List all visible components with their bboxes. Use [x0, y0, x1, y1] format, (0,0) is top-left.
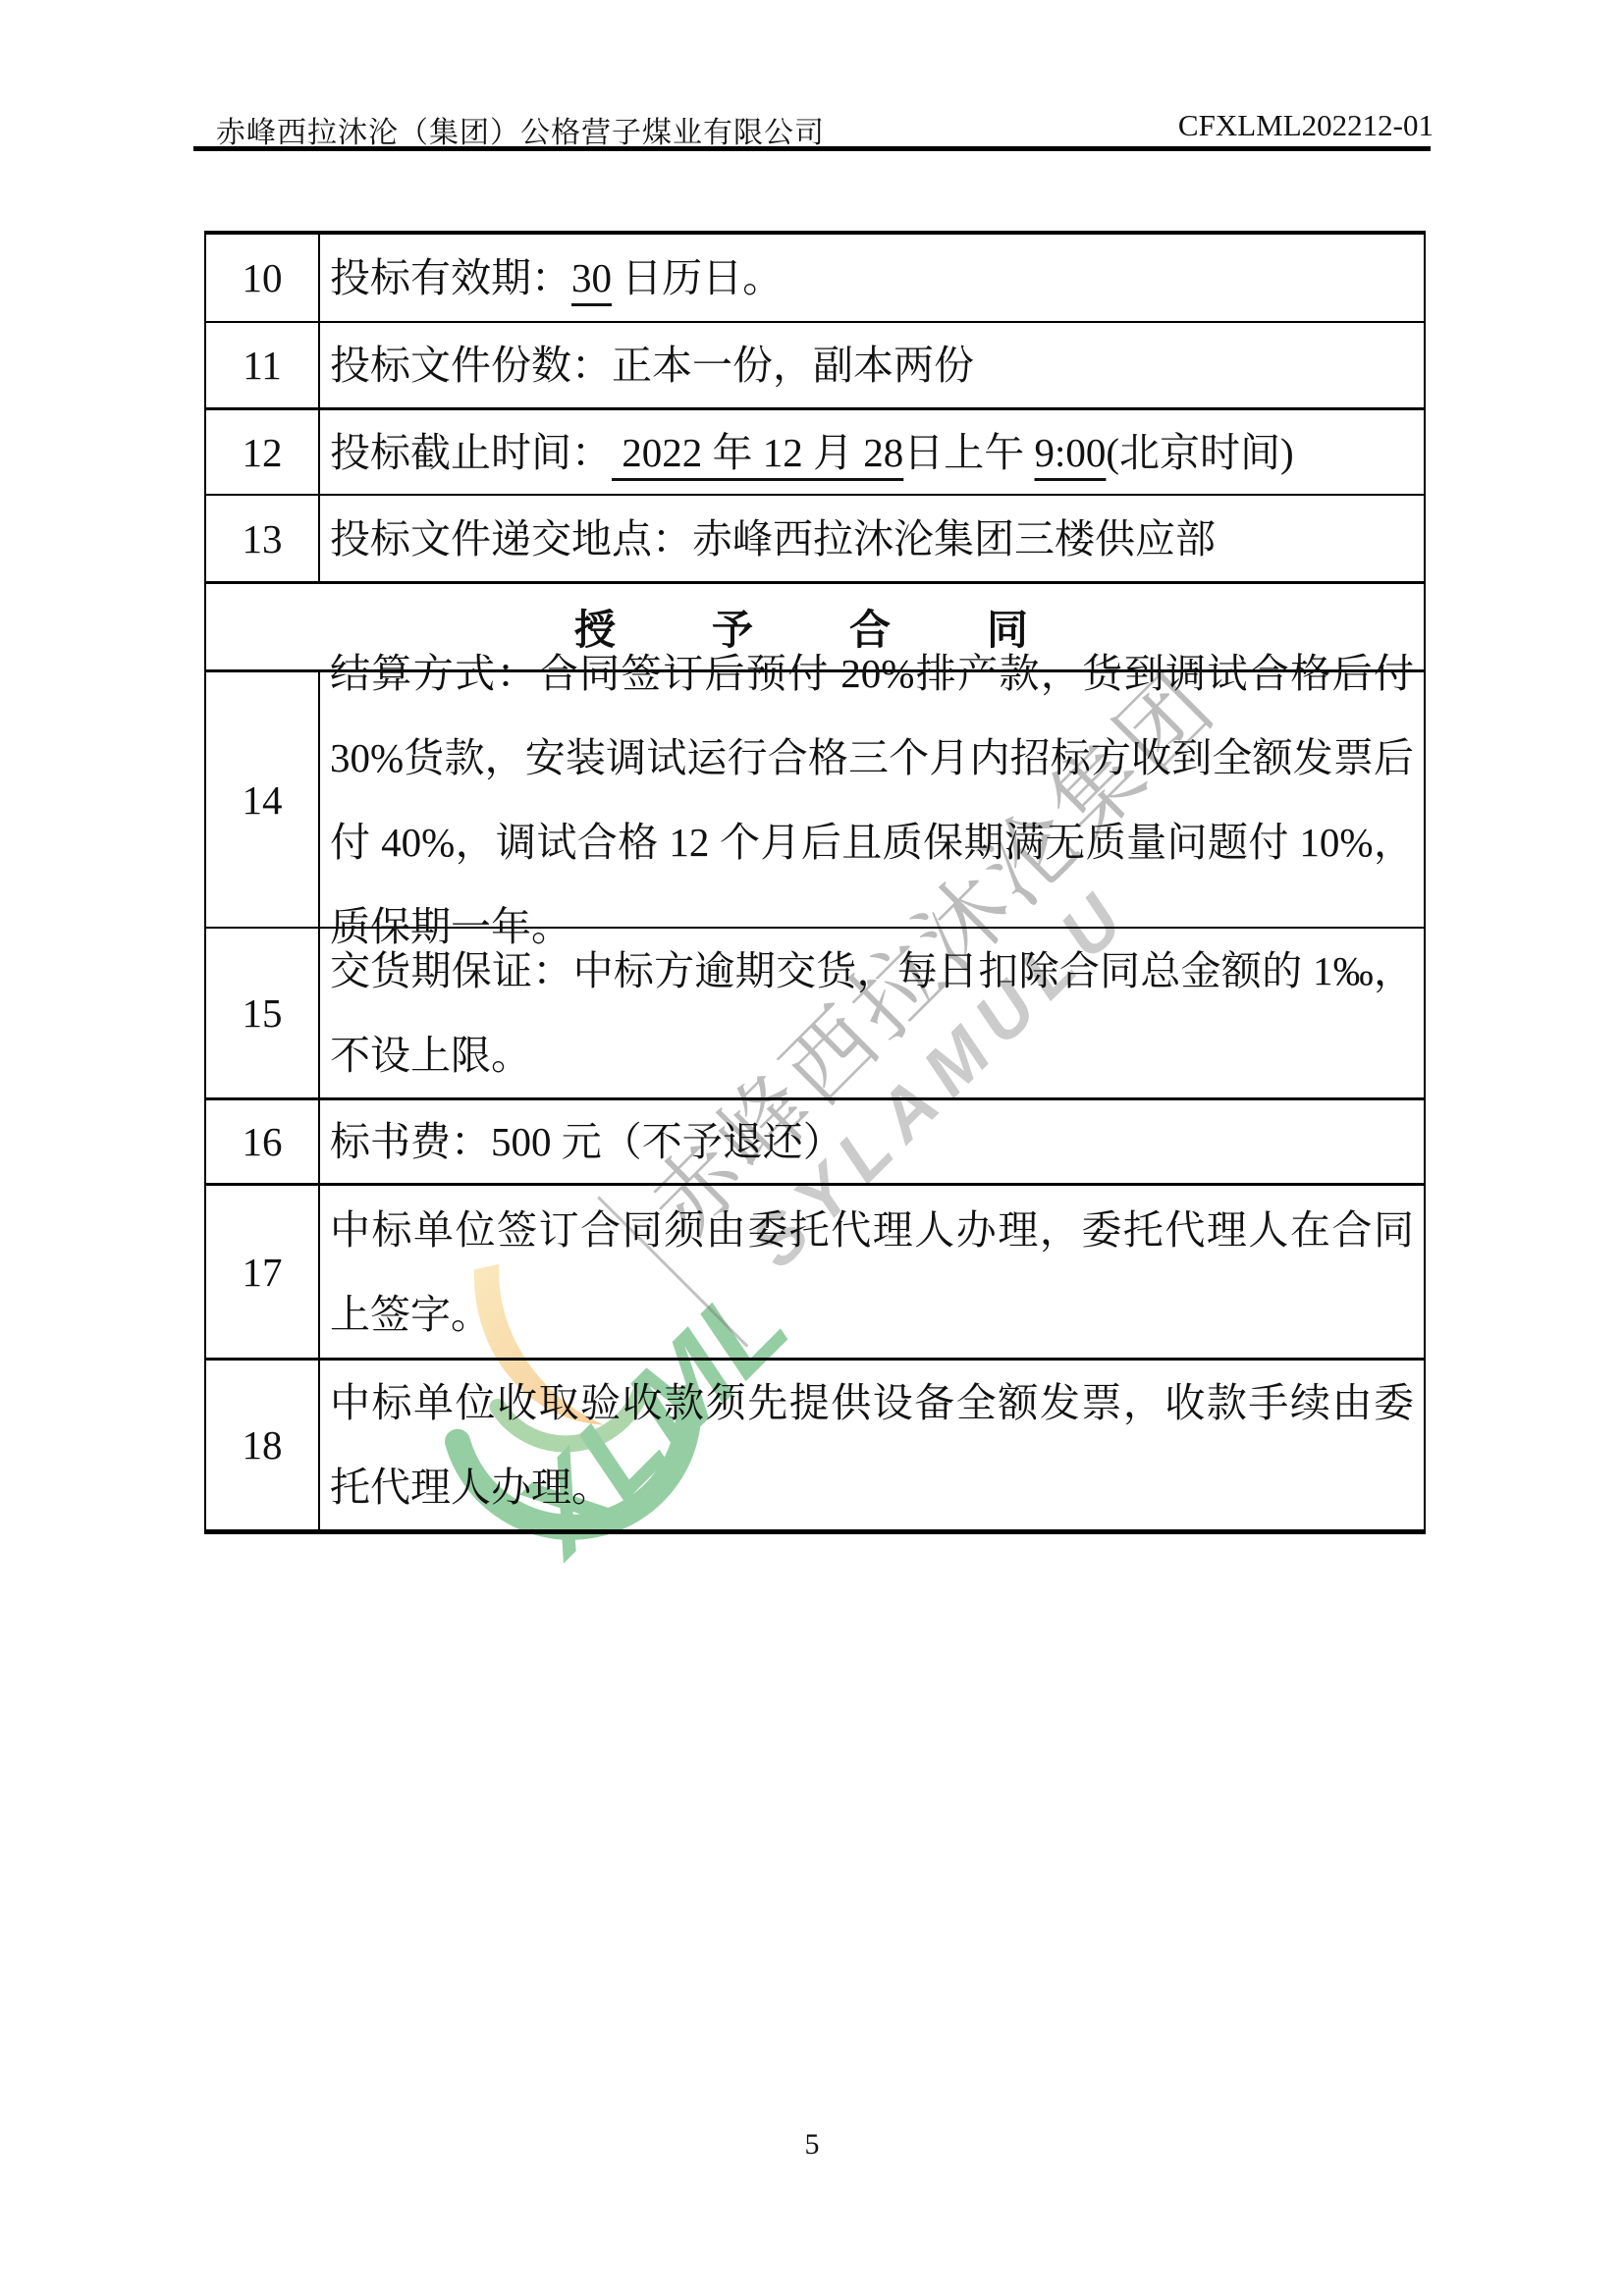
header-doc-number: CFXLML202212-01	[1178, 108, 1434, 143]
text: 交货期保证：中标方逾期交货，每日扣除合同总金额的 1‰，不设上限。	[330, 948, 1414, 1078]
text: (北京时间)	[1106, 430, 1293, 475]
text: 结算方式：合同签订后预付 20%排产款，货到调试合格后付 30%货款，安装调试运…	[330, 651, 1414, 949]
table-row: 11投标文件份数：正本一份，副本两份	[206, 321, 1424, 407]
row-content-cell: 中标单位签订合同须由委托代理人办理，委托代理人在合同上签字。	[320, 1186, 1424, 1358]
underlined-text: 9:00	[1035, 430, 1107, 475]
table-row: 14结算方式：合同签订后预付 20%排产款，货到调试合格后付 30%货款，安装调…	[206, 669, 1424, 927]
row-content-text: 投标截止时间： 2022 年 12 月 28日上午 9:00(北京时间)	[330, 410, 1414, 495]
row-number-cell: 15	[206, 929, 320, 1097]
row-number-cell: 14	[206, 672, 320, 927]
text: 中标单位收取验收款须先提供设备全额发票，收款手续由委托代理人办理。	[330, 1380, 1414, 1510]
page-number: 5	[0, 2128, 1624, 2162]
header-company-name: 赤峰西拉沐沦（集团）公格营子煤业有限公司	[216, 108, 825, 151]
row-content-cell: 投标文件递交地点：赤峰西拉沐沦集团三楼供应部	[320, 496, 1424, 581]
row-number-cell: 17	[206, 1186, 320, 1358]
text: 投标文件份数：正本一份，副本两份	[330, 343, 974, 388]
table-row: 10投标有效期：30 日历日。	[206, 235, 1424, 321]
row-number-cell: 11	[206, 323, 320, 407]
row-content-cell: 投标有效期：30 日历日。	[320, 235, 1424, 321]
tender-table: 10投标有效期：30 日历日。11投标文件份数：正本一份，副本两份12投标截止时…	[204, 231, 1426, 1534]
row-content-text: 中标单位签订合同须由委托代理人办理，委托代理人在合同上签字。	[330, 1188, 1414, 1357]
header-rule	[193, 146, 1431, 151]
table-row: 18中标单位收取验收款须先提供设备全额发票，收款手续由委托代理人办理。	[206, 1358, 1424, 1529]
row-content-text: 结算方式：合同签订后预付 20%排产款，货到调试合格后付 30%货款，安装调试运…	[330, 631, 1414, 969]
row-content-text: 投标有效期：30 日历日。	[330, 236, 1414, 320]
text: 投标截止时间：	[330, 430, 612, 475]
text: 日上午	[903, 430, 1034, 475]
row-number-cell: 13	[206, 496, 320, 581]
row-content-cell: 中标单位收取验收款须先提供设备全额发票，收款手续由委托代理人办理。	[320, 1361, 1424, 1529]
row-content-text: 标书费：500 元（不予退还）	[330, 1099, 1414, 1184]
row-content-text: 中标单位收取验收款须先提供设备全额发票，收款手续由委托代理人办理。	[330, 1361, 1414, 1529]
text: 投标文件递交地点：赤峰西拉沐沦集团三楼供应部	[330, 516, 1216, 561]
text: 标书费：500 元（不予退还）	[330, 1119, 843, 1164]
text: 投标有效期：	[330, 255, 571, 300]
underlined-text: 2022 年 12 月 28	[612, 430, 903, 475]
row-content-cell: 投标截止时间： 2022 年 12 月 28日上午 9:00(北京时间)	[320, 410, 1424, 494]
table-row: 17中标单位签订合同须由委托代理人办理，委托代理人在合同上签字。	[206, 1183, 1424, 1358]
table-row: 16标书费：500 元（不予退还）	[206, 1097, 1424, 1183]
row-content-cell: 投标文件份数：正本一份，副本两份	[320, 323, 1424, 407]
table-row: 15交货期保证：中标方逾期交货，每日扣除合同总金额的 1‰，不设上限。	[206, 927, 1424, 1097]
row-number-cell: 12	[206, 410, 320, 494]
text: 日历日。	[612, 255, 783, 300]
row-number-cell: 10	[206, 235, 320, 321]
row-number-cell: 16	[206, 1100, 320, 1183]
underlined-text: 30	[571, 255, 612, 300]
table-row: 12投标截止时间： 2022 年 12 月 28日上午 9:00(北京时间)	[206, 407, 1424, 494]
row-number-cell: 18	[206, 1361, 320, 1529]
text: 中标单位签订合同须由委托代理人办理，委托代理人在合同上签字。	[330, 1207, 1414, 1337]
row-content-cell: 标书费：500 元（不予退还）	[320, 1100, 1424, 1183]
row-content-text: 投标文件份数：正本一份，副本两份	[330, 323, 1414, 407]
row-content-cell: 交货期保证：中标方逾期交货，每日扣除合同总金额的 1‰，不设上限。	[320, 929, 1424, 1097]
row-content-cell: 结算方式：合同签订后预付 20%排产款，货到调试合格后付 30%货款，安装调试运…	[320, 672, 1424, 927]
row-content-text: 交货期保证：中标方逾期交货，每日扣除合同总金额的 1‰，不设上限。	[330, 929, 1414, 1097]
row-content-text: 投标文件递交地点：赤峰西拉沐沦集团三楼供应部	[330, 497, 1414, 581]
table-row: 13投标文件递交地点：赤峰西拉沐沦集团三楼供应部	[206, 494, 1424, 581]
